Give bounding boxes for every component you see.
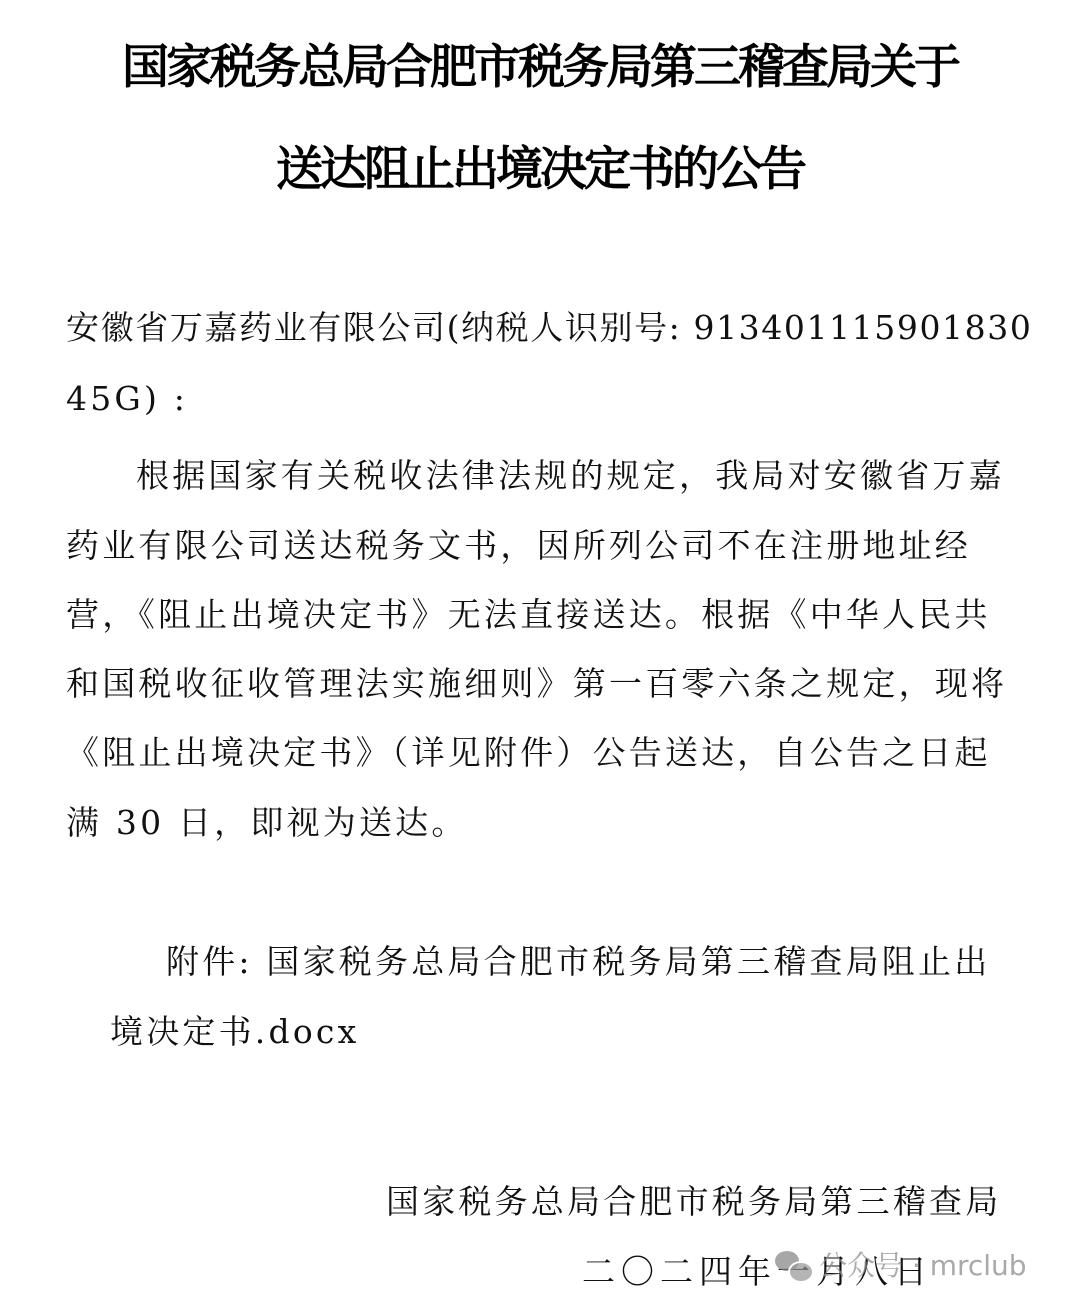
body-line-3: 营，《阻止出境决定书》无法直接送达。根据《中华人民共 [66,595,996,635]
wechat-icon [775,1249,813,1283]
body-line-2: 药业有限公司送达税务文书，因所列公司不在注册地址经 [66,526,996,566]
body-line-5: 《阻止出境决定书》（详见附件）公告送达，自公告之日起 [66,733,996,773]
addressee-line-1: 安徽省万嘉药业有限公司(纳税人识别号: 913401115901830 [66,308,996,348]
document-title-line-1: 国家税务总局合肥市税务局第三稽查局关于 [0,38,1080,98]
attachment-filename: 境决定书.docx [110,1012,1040,1052]
watermark-text: 公众号 · mrclub [819,1248,1027,1284]
document-title-line-2: 送达阻止出境决定书的公告 [0,140,1080,200]
addressee-line-2: 45G) : [66,379,996,419]
body-line-6: 满 30 日，即视为送达。 [66,803,996,843]
body-line-4: 和国税收征收管理法实施细则》第一百零六条之规定，现将 [66,664,996,704]
attachment-line-1: 附件: 国家税务总局合肥市税务局第三稽查局阻止出 [166,942,1080,982]
body-line-1: 根据国家有关税收法律法规的规定，我局对安徽省万嘉 [136,456,1066,496]
watermark: 公众号 · mrclub [775,1248,1027,1284]
signature-issuer: 国家税务总局合肥市税务局第三稽查局 [386,1182,1080,1222]
